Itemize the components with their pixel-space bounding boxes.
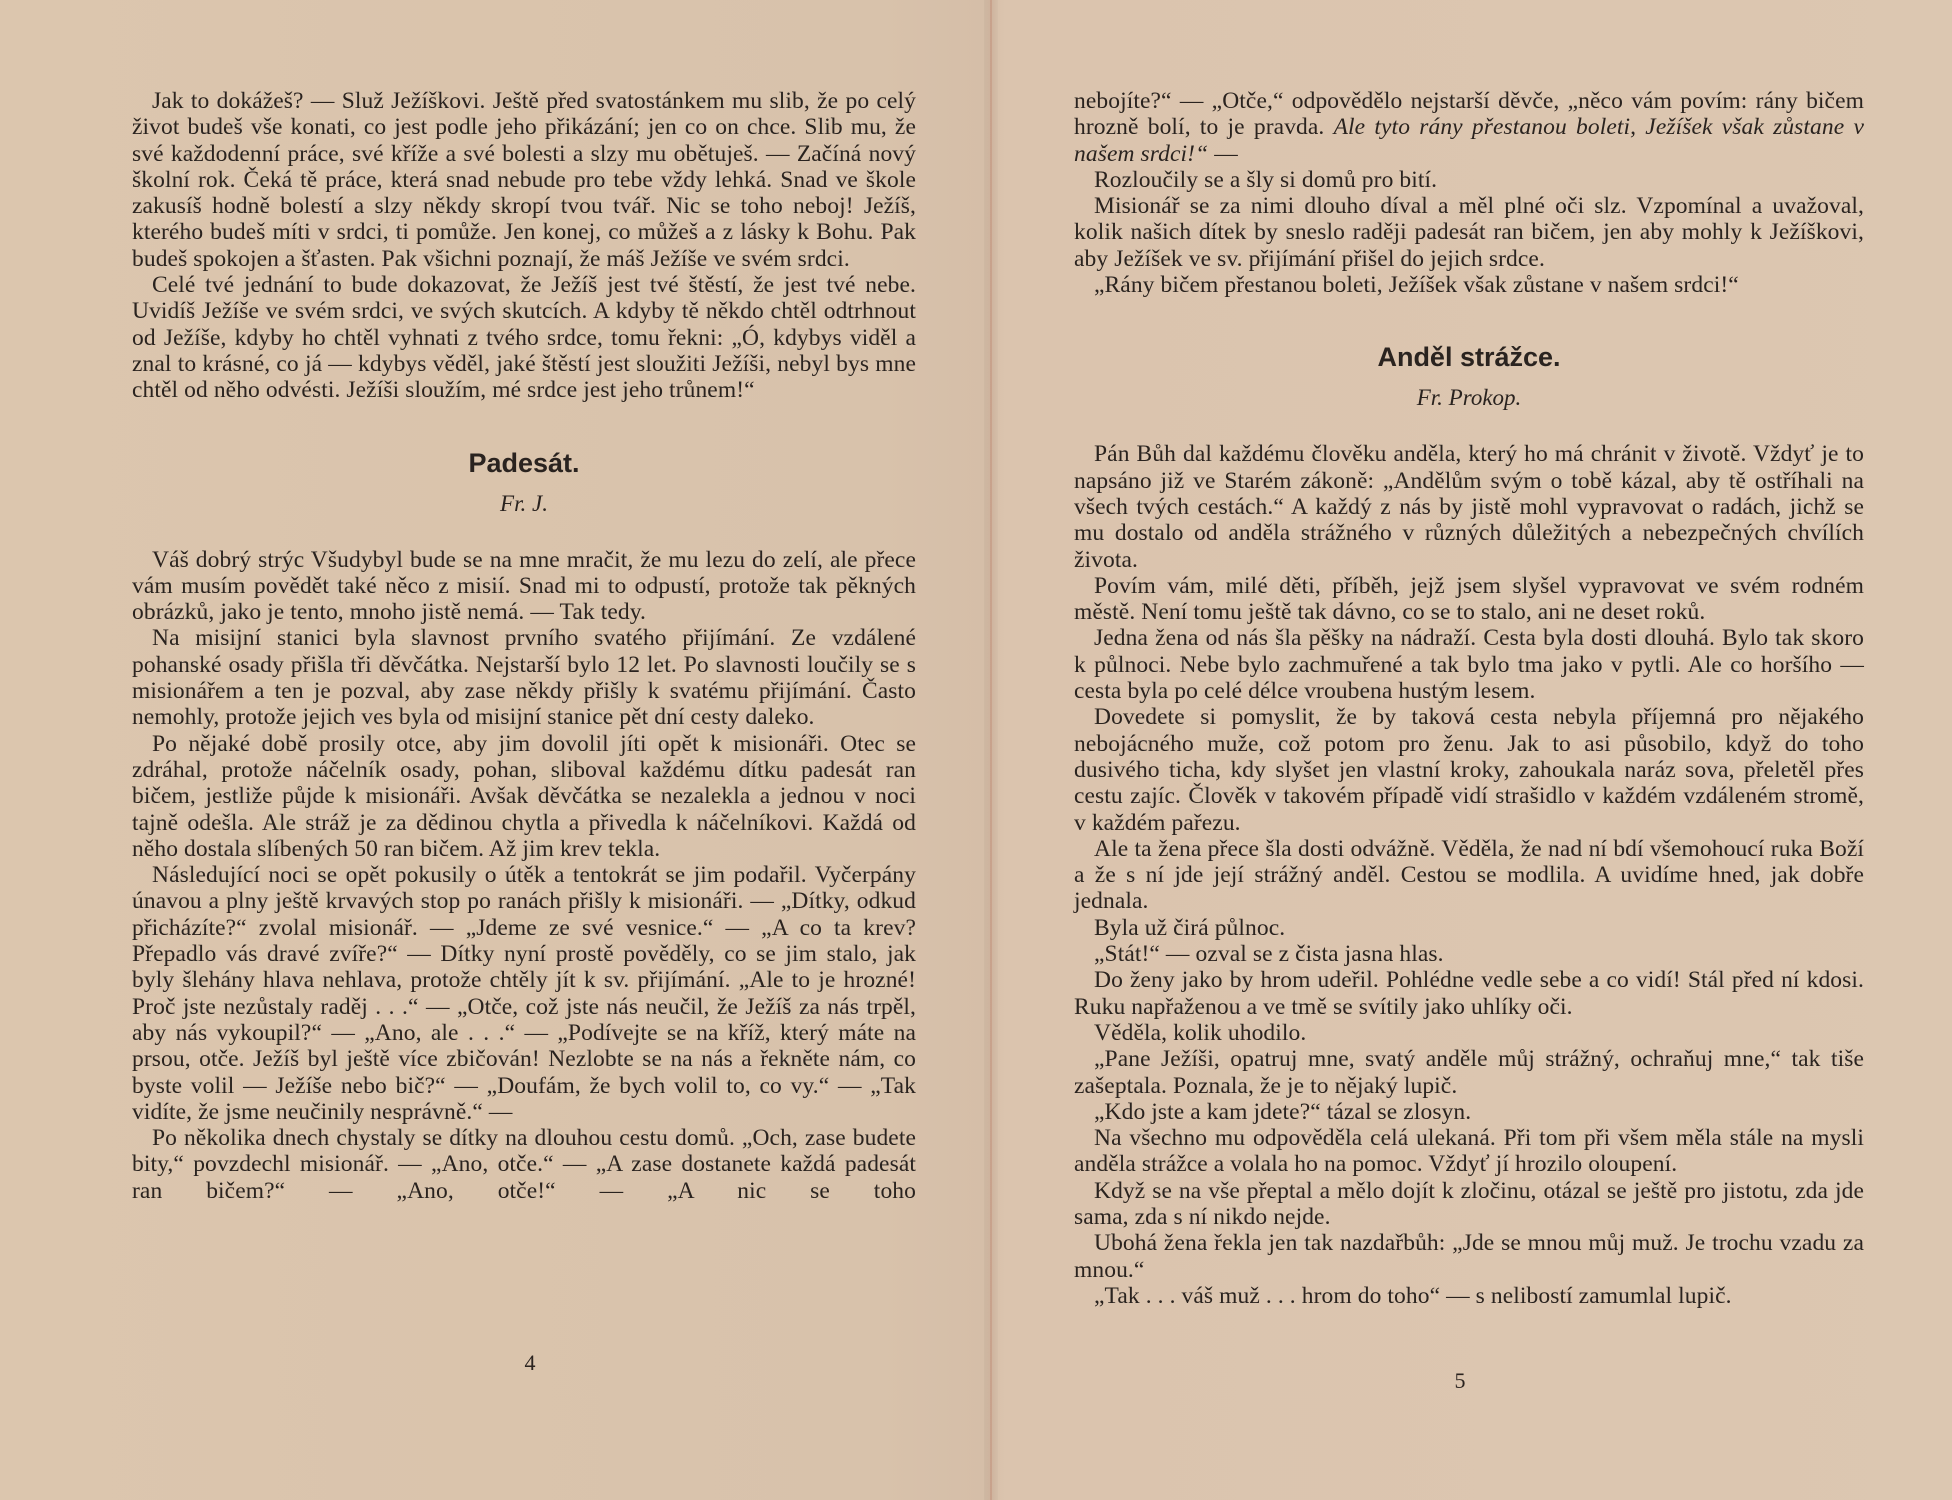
paragraph: Byla už čirá půlnoc. (1074, 915, 1864, 941)
article-title-andel-strazce: Anděl strážce. (1074, 342, 1864, 373)
right-page: nebojíte?“ — „Otče,“ odpovědělo nejstarš… (1074, 88, 1864, 1309)
paragraph: Misionář se za nimi dlouho díval a měl p… (1074, 193, 1864, 272)
paragraph-continued: nebojíte?“ — „Otče,“ odpovědělo nejstarš… (1074, 88, 1864, 167)
paragraph: Na misijní stanici byla slavnost prvního… (132, 625, 916, 730)
article-author: Fr. J. (132, 491, 916, 517)
paragraph: Jedna žena od nás šla pěšky na nádraží. … (1074, 625, 1864, 704)
paragraph: Po několika dnech chystaly se dítky na d… (132, 1125, 916, 1204)
article-body-padesat: Váš dobrý strýc Všudybyl bude se na mne … (132, 547, 916, 1204)
paragraph: „Kdo jste a kam jdete?“ tázal se zlosyn. (1074, 1099, 1864, 1125)
paragraph: Do ženy jako by hrom udeřil. Pohlédne ve… (1074, 967, 1864, 1020)
paragraph: Ale ta žena přece šla dosti odvážně. Věd… (1074, 836, 1864, 915)
paragraph: „Stát!“ — ozval se z čista jasna hlas. (1074, 941, 1864, 967)
dash: — (1208, 141, 1238, 167)
article-author: Fr. Prokop. (1074, 385, 1864, 411)
paragraph: Věděla, kolik uhodilo. (1074, 1020, 1864, 1046)
left-page: Jak to dokážeš? — Služ Ježíškovi. Ještě … (132, 88, 916, 1204)
article-title-padesat: Padesát. (132, 448, 916, 479)
paragraph: Následující noci se opět pokusily o útěk… (132, 862, 916, 1125)
left-page-intro-text: Jak to dokážeš? — Služ Ježíškovi. Ještě … (132, 88, 916, 404)
paragraph: Celé tvé jednání to bude dokazovat, že J… (132, 272, 916, 403)
paragraph: Rozloučily se a šly si domů pro bití. (1074, 167, 1864, 193)
paragraph: Váš dobrý strýc Všudybyl bude se na mne … (132, 547, 916, 626)
paragraph: Na všechno mu odpověděla celá ulekaná. P… (1074, 1125, 1864, 1178)
paragraph: Povím vám, milé děti, příběh, jejž jsem … (1074, 573, 1864, 626)
page-number-right: 5 (1440, 1368, 1480, 1394)
book-spread: Jak to dokážeš? — Služ Ježíškovi. Ještě … (0, 0, 1952, 1500)
paragraph: „Rány bičem přestanou boleti, Ježíšek vš… (1074, 272, 1864, 298)
paragraph: „Pane Ježíši, opatruj mne, svatý anděle … (1074, 1046, 1864, 1099)
page-number-left: 4 (510, 1350, 550, 1376)
paragraph: Pán Bůh dal každému člověku anděla, kter… (1074, 441, 1864, 572)
paragraph: Ubohá žena řekla jen tak nazdařbůh: „Jde… (1074, 1230, 1864, 1283)
gutter-fold-line (990, 0, 992, 1500)
paragraph: „Tak . . . váš muž . . . hrom do toho“ —… (1074, 1283, 1864, 1309)
paragraph: Jak to dokážeš? — Služ Ježíškovi. Ještě … (132, 88, 916, 272)
paragraph: Dovedete si pomyslit, že by taková cesta… (1074, 704, 1864, 835)
paragraph: Když se na vše přeptal a mělo dojít k zl… (1074, 1178, 1864, 1231)
article-body-andel-strazce: Pán Bůh dal každému člověku anděla, kter… (1074, 441, 1864, 1309)
paragraph: Po nějaké době prosily otce, aby jim dov… (132, 731, 916, 862)
right-page-continuation: nebojíte?“ — „Otče,“ odpovědělo nejstarš… (1074, 88, 1864, 298)
